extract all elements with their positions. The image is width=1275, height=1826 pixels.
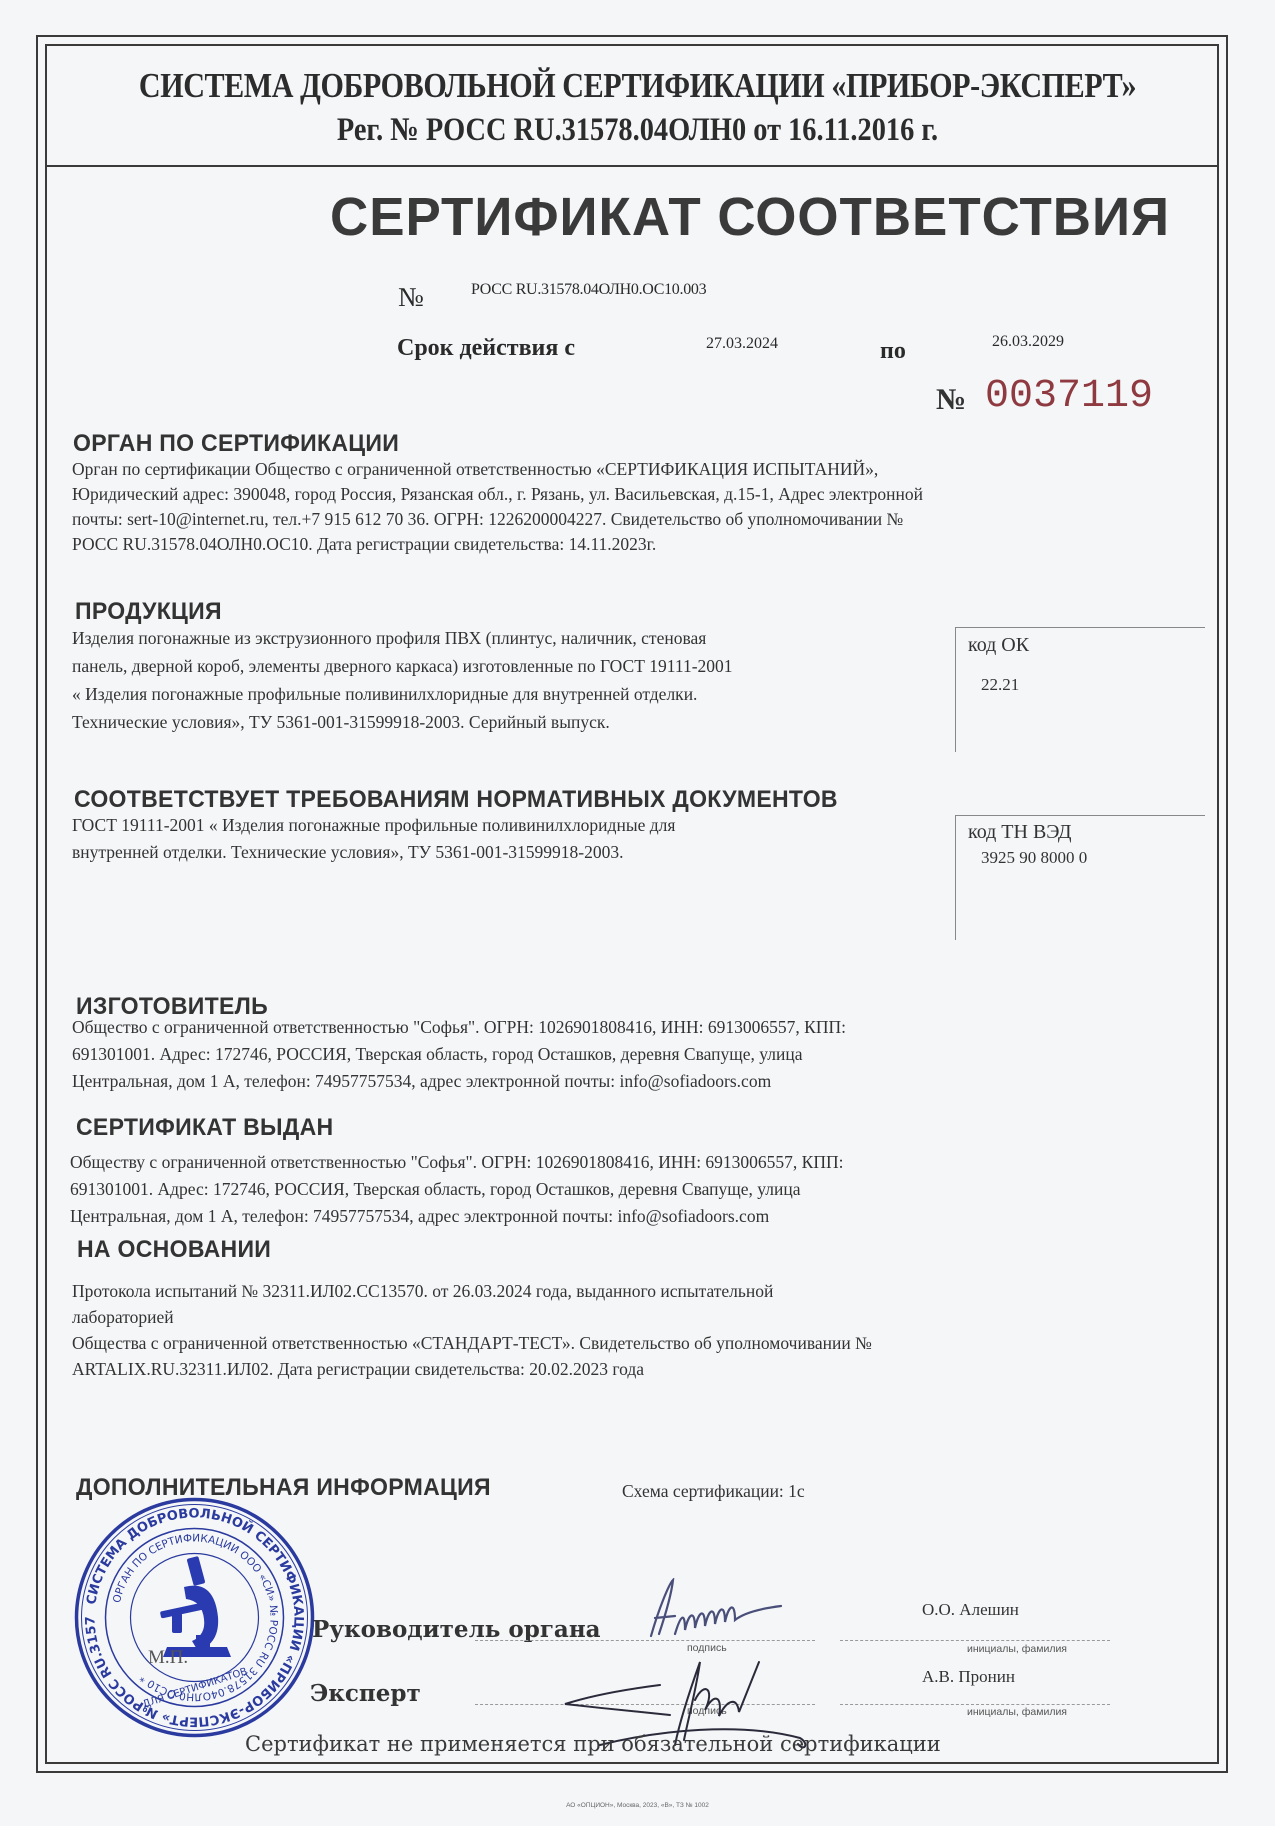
basis-text: Протокола испытаний № 32311.ИЛ02.СС13570… (72, 1278, 1102, 1382)
certification-scheme: Схема сертификации: 1с (622, 1479, 805, 1504)
text-line: Центральная, дом 1 А, телефон: 749577575… (72, 1068, 1092, 1095)
seal-icon: СИСТЕМА ДОБРОВОЛЬНОЙ СЕРТИФИКАЦИИ «ПРИБО… (72, 1495, 317, 1740)
code-ok-label: код ОК (968, 634, 1029, 657)
expert-name: А.В. Пронин (922, 1667, 1015, 1687)
serial-number: 0037119 (985, 374, 1153, 419)
signature-icon (645, 1578, 835, 1640)
text-line: « Изделия погонажные профильные поливини… (72, 680, 932, 708)
issued-to-text: Обществу с ограниченной ответственностью… (70, 1149, 1092, 1230)
product-text: Изделия погонажные из экструзионного про… (72, 624, 932, 736)
code-tnved-box: код ТН ВЭД 3925 90 8000 0 (955, 815, 1205, 940)
text-line: Общества с ограниченной ответственностью… (72, 1330, 1102, 1356)
head-signature-line (475, 1640, 815, 1641)
seal-stamp: СИСТЕМА ДОБРОВОЛЬНОЙ СЕРТИФИКАЦИИ «ПРИБО… (72, 1495, 317, 1740)
text-line: ГОСТ 19111-2001 « Изделия погонажные про… (72, 812, 952, 839)
certificate-number: РОСС RU.31578.04ОЛН0.ОС10.003 (471, 281, 706, 299)
text-line: панель, дверной короб, элементы дверного… (72, 652, 932, 680)
head-name-line (840, 1640, 1110, 1641)
text-line: 691301001. Адрес: 172746, РОССИЯ, Тверск… (72, 1041, 1092, 1068)
printer-imprint: АО «ОПЦИОН», Москва, 2023, «В», ТЗ № 100… (0, 1802, 1275, 1809)
text-line: Юридический адрес: 390048, город Россия,… (72, 482, 1084, 507)
notice-text: Сертификат не применяется при обязательн… (245, 1732, 941, 1756)
code-ok-box: код ОК 22.21 (955, 627, 1205, 752)
expert-label: Эксперт (310, 1680, 421, 1707)
compliance-text: ГОСТ 19111-2001 « Изделия погонажные про… (72, 812, 952, 866)
text-line: Центральная, дом 1 А, телефон: 749577575… (70, 1203, 1092, 1230)
manufacturer-text: Общество с ограниченной ответственностью… (72, 1014, 1092, 1095)
section-heading-compliance: СООТВЕТСТВУЕТ ТРЕБОВАНИЯМ НОРМАТИВНЫХ ДО… (74, 786, 838, 814)
text-line: Изделия погонажные из экструзионного про… (72, 624, 932, 652)
section-heading-basis: НА ОСНОВАНИИ (77, 1236, 271, 1264)
certificate-title: СЕРТИФИКАТ СООТВЕТСТВИЯ (330, 186, 1170, 248)
text-line: РОСС RU.31578.04ОЛН0.ОС10. Дата регистра… (72, 532, 1084, 557)
code-ok-value: 22.21 (981, 675, 1019, 695)
head-name: О.О. Алешин (922, 1600, 1019, 1620)
system-title: СИСТЕМА ДОБРОВОЛЬНОЙ СЕРТИФИКАЦИИ «ПРИБО… (89, 66, 1186, 106)
text-line: почты: sert-10@internet.ru, тел.+7 915 6… (72, 507, 1084, 532)
expert-name-line (840, 1704, 1110, 1705)
system-registration: Рег. № РОСС RU.31578.04ОЛН0 от 16.11.201… (89, 112, 1186, 149)
text-line: Протокола испытаний № 32311.ИЛ02.СС13570… (72, 1278, 1102, 1304)
section-heading-product: ПРОДУКЦИЯ (75, 598, 222, 626)
text-line: 691301001. Адрес: 172746, РОССИЯ, Тверск… (70, 1176, 1092, 1203)
serial-sign: № (936, 383, 966, 417)
text-line: лабораторией (72, 1304, 1102, 1330)
head-signature-caption: подпись (687, 1642, 727, 1654)
text-line: Общество с ограниченной ответственностью… (72, 1014, 1092, 1041)
text-line: ARTALIX.RU.32311.ИЛ02. Дата регистрации … (72, 1356, 1102, 1382)
code-tnved-value: 3925 90 8000 0 (981, 848, 1087, 868)
certification-body-text: Орган по сертификации Общество с огранич… (72, 457, 1084, 557)
mp-label: М.П. (148, 1647, 188, 1668)
valid-to-label: по (880, 338, 906, 365)
section-heading-certification-body: ОРГАН ПО СЕРТИФИКАЦИИ (73, 430, 399, 458)
number-sign: № (398, 282, 424, 313)
expert-name-caption: инициалы, фамилия (967, 1706, 1067, 1718)
head-name-caption: инициалы, фамилия (967, 1643, 1067, 1655)
validity-label: Срок действия с (397, 335, 575, 362)
valid-from: 27.03.2024 (706, 335, 778, 353)
text-line: Обществу с ограниченной ответственностью… (70, 1149, 1092, 1176)
valid-to: 26.03.2029 (992, 333, 1064, 351)
text-line: Орган по сертификации Общество с огранич… (72, 457, 1084, 482)
head-label: Руководитель органа (312, 1616, 601, 1643)
code-tnved-label: код ТН ВЭД (968, 821, 1071, 844)
section-heading-issued-to: СЕРТИФИКАТ ВЫДАН (76, 1114, 333, 1142)
text-line: внутренней отделки. Технические условия»… (72, 839, 952, 866)
header-divider (45, 165, 1219, 167)
text-line: Технические условия», ТУ 5361-001-315999… (72, 708, 932, 736)
head-signature (645, 1578, 835, 1640)
